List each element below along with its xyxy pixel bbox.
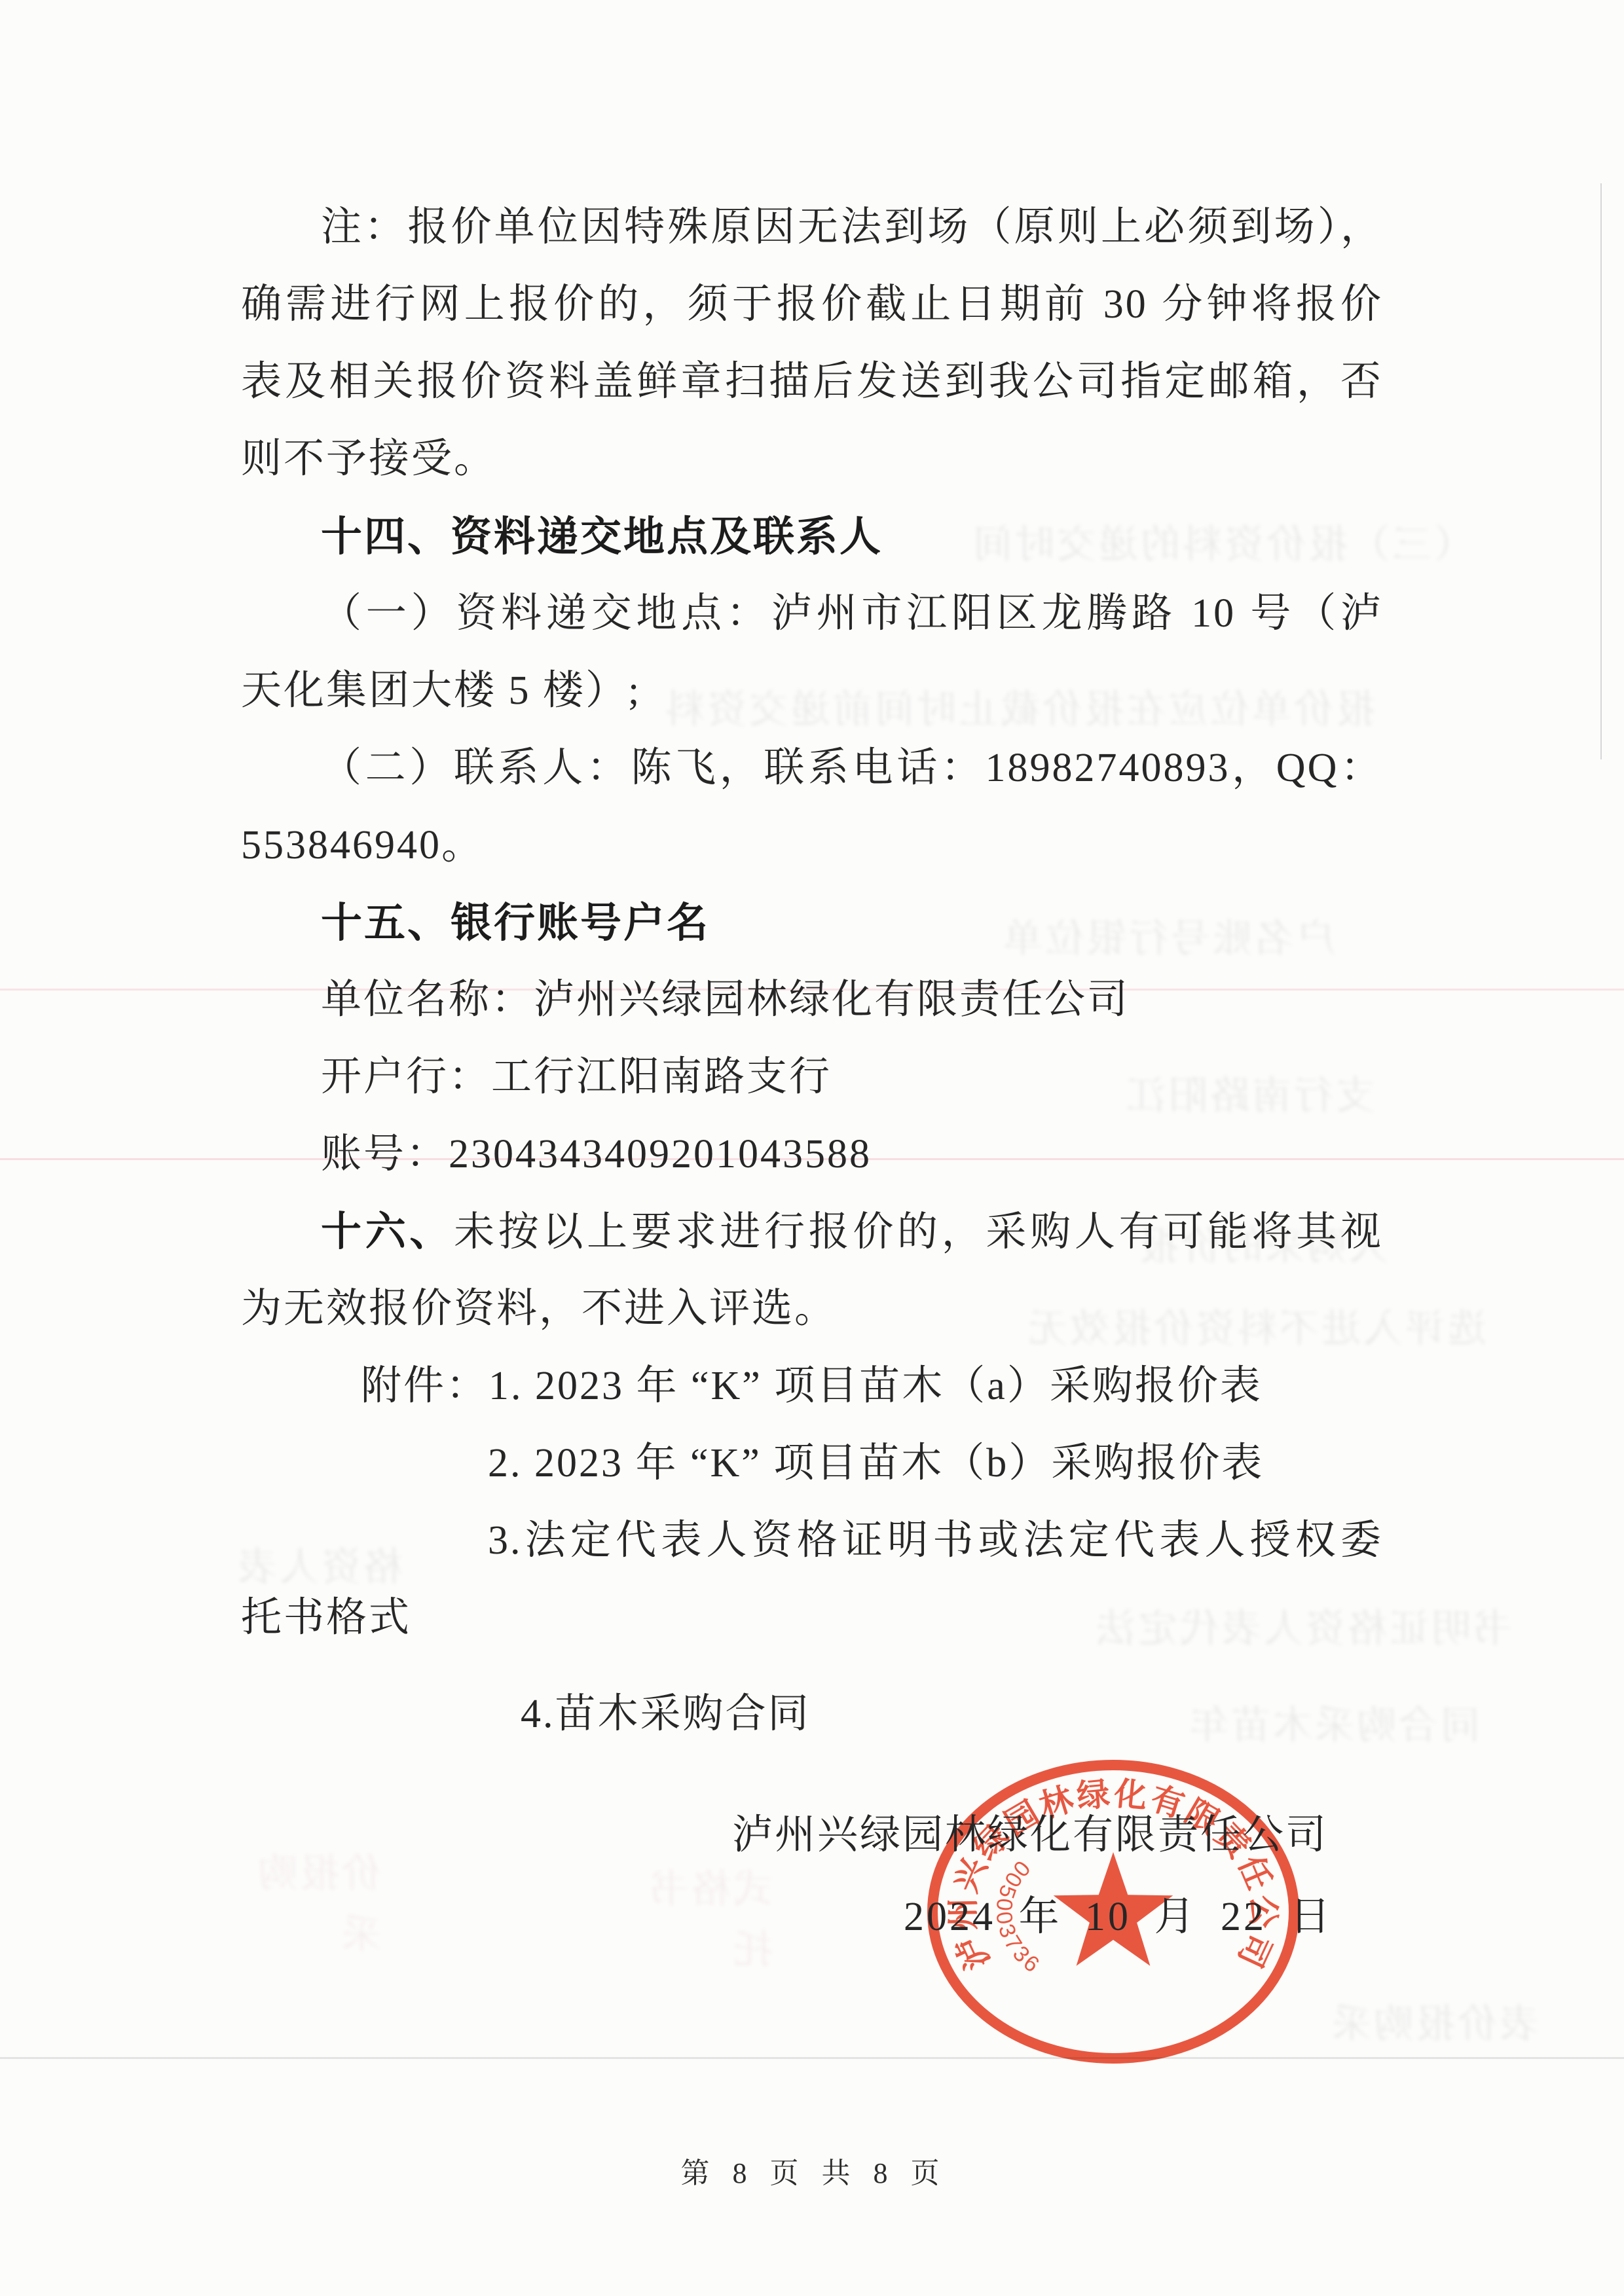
bleed-through-smudge: 式格书托 <box>629 1859 773 1981</box>
bleed-through-smudge: 价报购采 <box>244 1844 381 1965</box>
attachment-line-3b: 托书格式 <box>241 1595 411 1641</box>
document-page: （三）报价资料的递交时间报价单位应在报价截止时间前递交资料户名账号行银位单支行南… <box>0 0 1624 2296</box>
sec15-account: 账号：2304343409201043588 <box>321 1132 872 1177</box>
sec14-item1-line2: 天化集团大楼 5 楼）; <box>241 668 641 714</box>
bleed-through-smudge: 报价单位应在报价截止时间前递交资料 <box>589 680 1375 740</box>
attachment-line-1: 附件：1. 2023 年 “K” 项目苗木（a）采购报价表 <box>361 1364 1263 1409</box>
note-line-1: 注：报价单位因特殊原因无法到场（原则上必须到场）， <box>321 205 1383 250</box>
bleed-through-smudge: 同合购采木苗年 <box>760 1696 1480 1757</box>
sec15-company-name: 单位名称：泸州兴绿园林绿化有限责任公司 <box>321 977 1130 1023</box>
scanner-streak-vline <box>1600 183 1602 759</box>
attachment-line-2: 2. 2023 年 “K” 项目苗木（b）采购报价表 <box>488 1441 1264 1486</box>
bleed-through-smudge: 支行南路阳江 <box>956 1066 1375 1127</box>
sec14-item2-line2: 553846940。 <box>241 823 484 868</box>
sec14-item1-line1: （一）资料递交地点：泸州市江阳区龙腾路 10 号（泸 <box>321 591 1383 636</box>
scanner-streak-line <box>0 2057 1624 2059</box>
bleed-through-smudge: 表价报购采 <box>1323 1994 1539 2055</box>
bleed-through-smudge: 户名账号行银位单 <box>694 909 1336 970</box>
note-line-2: 确需进行网上报价的，须于报价截止日期前 30 分钟将报价 <box>241 282 1383 327</box>
sec14-item2-line1: （二）联系人：陈飞，联系电话：18982740893，QQ： <box>321 746 1383 791</box>
signature-company: 泸州兴绿园林绿化有限责任公司 <box>732 1813 1328 1858</box>
attachment-line-4: 4.苗木采购合同 <box>521 1692 811 1737</box>
signature-date: 2024 年 10 月 22 日 <box>904 1895 1333 1940</box>
note-line-4: 则不予接受。 <box>241 437 496 482</box>
sec16-line1-bold-prefix: 十六、 <box>321 1209 454 1254</box>
sec16-line2: 为无效报价资料，不进入评选。 <box>241 1286 837 1332</box>
sec15-heading: 十五、银行账号户名 <box>321 900 710 947</box>
sec14-heading: 十四、资料递交地点及联系人 <box>321 514 883 560</box>
bleed-through-smudge: 选评入进不料资价报效无 <box>733 1299 1486 1360</box>
note-line-3: 表及相关报价资料盖鲜章扫描后发送到我公司指定邮箱，否 <box>241 359 1383 405</box>
sec16-line1: 十六、未按以上要求进行报价的，采购人有可能将其视 <box>321 1209 1383 1255</box>
sec15-bank: 开户行：工行江阳南路支行 <box>321 1055 832 1100</box>
bleed-through-smudge: 书明证格资人表代定法 <box>858 1599 1513 1660</box>
bleed-through-smudge: （三）报价资料的递交时间 <box>910 515 1473 575</box>
attachment-line-3a: 3.法定代表人资格证明书或法定代表人授权委 <box>488 1518 1383 1563</box>
bleed-through-smudge: 格资人表 <box>115 1537 403 1598</box>
page-number: 第 8 页 共 8 页 <box>0 2149 1624 2191</box>
